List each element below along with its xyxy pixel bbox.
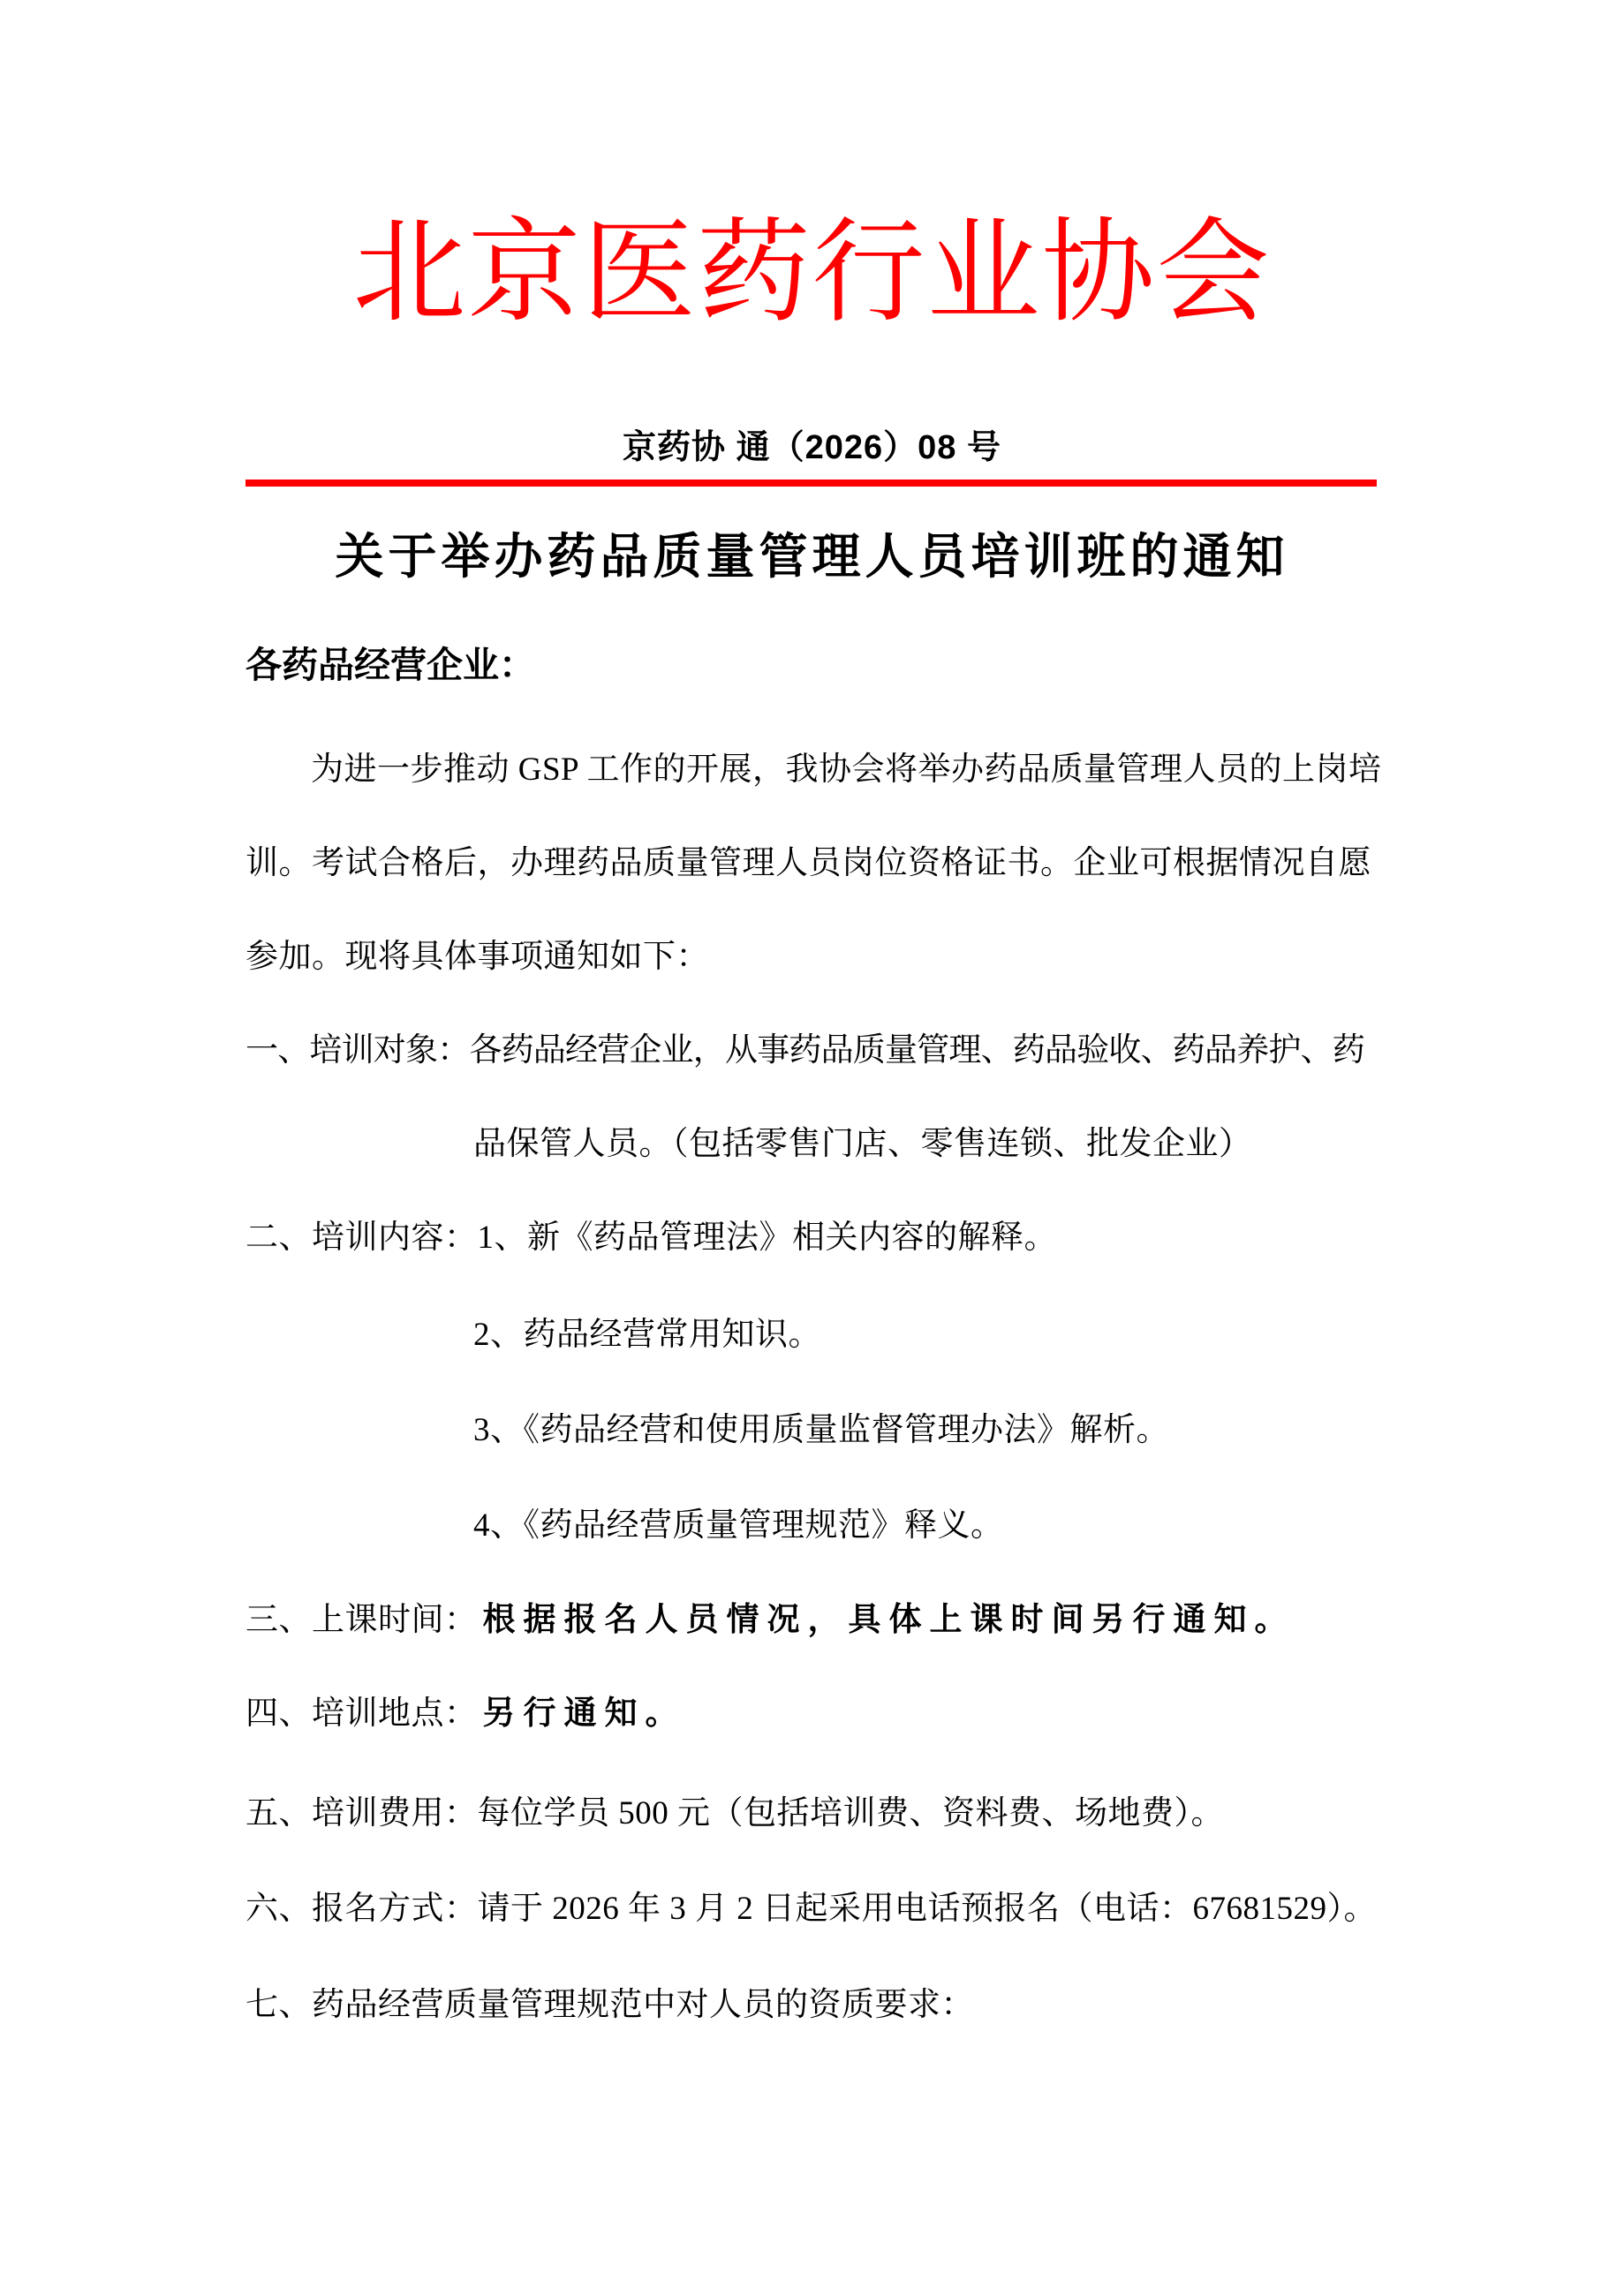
item-4-label: 四、培训地点：: [245, 1696, 478, 1732]
document-page: 北京医药行业协会 京药协 通（2026）08 号 关于举办药品质量管理人员培训班…: [0, 0, 1624, 2296]
item-2-training-content-3: 3、《药品经营和使用质量监督管理办法》解析。: [473, 1411, 1169, 1450]
doc-number: 京药协 通（2026）08 号: [0, 431, 1624, 464]
item-4-training-location: 四、培训地点：另行通知。: [245, 1695, 686, 1733]
org-title: 北京医药行业协会: [0, 214, 1624, 332]
item-2-training-content-4: 4、《药品经营质量管理规范》释义。: [473, 1507, 1004, 1545]
item-6-registration-method: 六、报名方式：请于 2026 年 3 月 2 日起采用电话预报名（电话：6768…: [245, 1890, 1377, 1929]
item-1-training-target: 一、培训对象：各药品经营企业，从事药品质量管理、药品验收、药品养护、药: [245, 1031, 1364, 1070]
item-2-training-content-1: 二、培训内容：1、新《药品管理法》相关内容的解释。: [245, 1219, 1057, 1258]
red-divider-line: [245, 480, 1377, 487]
body-line-intro-2: 训。考试合格后，办理药品质量管理人员岗位资格证书。企业可根据情况自愿: [245, 844, 1371, 883]
item-5-training-fee: 五、培训费用：每位学员 500 元（包括培训费、资料费、场地费）。: [245, 1794, 1224, 1833]
notice-title: 关于举办药品质量管理人员培训班的通知: [0, 532, 1624, 583]
item-3-class-time: 三、上课时间：根据报名人员情况，具体上课时间另行通知。: [245, 1601, 1295, 1640]
body-line-intro-3: 参加。现将具体事项通知如下：: [245, 938, 709, 977]
item-2-training-content-2: 2、药品经营常用知识。: [473, 1316, 821, 1355]
item-7-personnel-qualification: 七、药品经营质量管理规范中对人员的资质要求：: [245, 1986, 974, 2025]
item-1-continuation: 品保管人员。（包括零售门店、零售连锁、批发企业）: [473, 1125, 1252, 1164]
body-line-intro-1: 为进一步推动 GSP 工作的开展，我协会将举办药品质量管理人员的上岗培: [311, 751, 1382, 789]
item-4-content: 另行通知。: [478, 1696, 686, 1732]
item-3-label: 三、上课时间：: [245, 1602, 478, 1638]
item-3-content: 根据报名人员情况，具体上课时间另行通知。: [478, 1602, 1295, 1638]
salutation: 各药品经营企业：: [245, 646, 535, 685]
